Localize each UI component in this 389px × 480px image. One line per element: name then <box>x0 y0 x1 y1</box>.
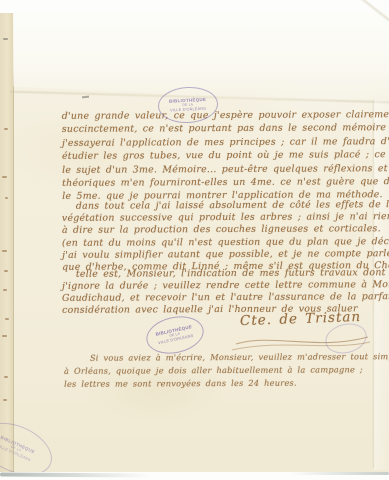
library-stamp-text: BIBLIOTHÈQUE DE LA VILLE D'ORLÉANS <box>0 435 36 463</box>
letter-scan: d'une grande valeur, ce que j'espère pou… <box>0 0 389 480</box>
ink-speck <box>4 376 8 378</box>
ink-speck <box>5 197 8 199</box>
letter-paragraph-1: d'une grande valeur, ce que j'espère pou… <box>62 108 386 204</box>
library-stamp-text: BIBLIOTHÈQUE DE LA VILLE D'ORLÉANS <box>169 97 207 113</box>
ink-speck <box>4 128 8 130</box>
library-stamp-text: BIBLIOTHÈQUE DE LA VILLE D'ORLÉANS <box>155 324 194 346</box>
ink-speck <box>3 38 8 40</box>
ink-speck <box>2 335 7 337</box>
postscript: Si vous aviez à m'écrire, Monsieur, veui… <box>64 350 388 391</box>
ink-speck <box>2 250 7 252</box>
stamp-line3: VILLE D'ORLÉANS <box>170 106 207 113</box>
ink-speck <box>4 270 8 272</box>
facing-page-edge <box>0 13 14 472</box>
letter-line: à Orléans, quoique je dois aller habitue… <box>64 363 388 378</box>
letter-line: les lettres me sont renvoyées dans les 2… <box>64 377 388 392</box>
letter-line: à dire sur la production des couches lig… <box>62 224 386 238</box>
ink-speck <box>5 318 9 320</box>
letter-line: étudier les gros tubes, vue du point où … <box>62 148 386 163</box>
ink-speck <box>3 399 7 401</box>
ink-speck <box>2 176 7 178</box>
paper-shadow <box>290 472 389 475</box>
ink-speck <box>3 289 7 291</box>
letter-paragraph-2: dans tout cela j'ai laissé absolument de… <box>62 199 386 274</box>
